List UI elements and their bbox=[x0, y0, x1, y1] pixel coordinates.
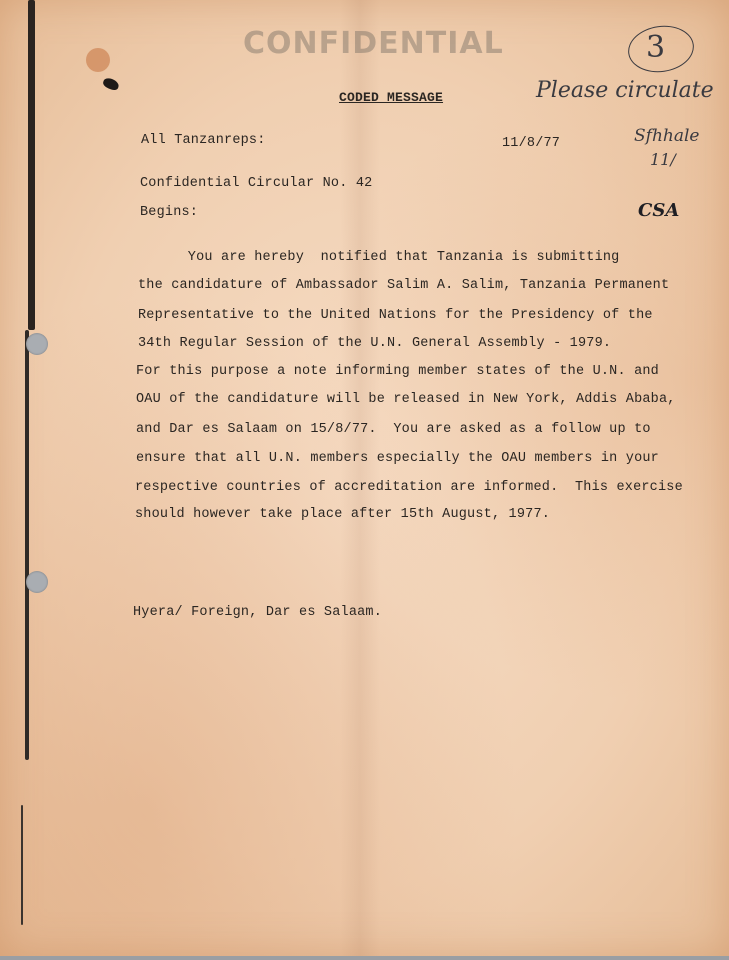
sender-signature: Hyera/ Foreign, Dar es Salaam. bbox=[133, 605, 382, 620]
margin-line bbox=[28, 0, 35, 330]
addressee: All Tanzanreps: bbox=[141, 133, 266, 148]
page-number: 3 bbox=[646, 30, 665, 65]
body-line: Representative to the United Nations for… bbox=[138, 308, 653, 323]
message-heading: CODED MESSAGE bbox=[339, 90, 443, 105]
handwritten-instruction: Please circulate bbox=[536, 78, 714, 103]
handwritten-initials-sub: 11/ bbox=[650, 150, 676, 169]
body-line: For this purpose a note informing member… bbox=[136, 364, 659, 379]
paper-fold bbox=[340, 0, 380, 956]
body-line: should however take place after 15th Aug… bbox=[135, 507, 550, 522]
stain-mark bbox=[86, 48, 110, 72]
body-line: and Dar es Salaam on 15/8/77. You are as… bbox=[136, 422, 651, 437]
message-date: 11/8/77 bbox=[502, 136, 560, 151]
confidential-stamp: CONFIDENTIAL bbox=[243, 26, 504, 61]
body-line: respective countries of accreditation ar… bbox=[135, 480, 683, 495]
body-line: 34th Regular Session of the U.N. General… bbox=[138, 336, 611, 351]
punch-hole-icon bbox=[26, 571, 48, 593]
handwritten-initials: Sfhhale bbox=[634, 126, 699, 146]
margin-line bbox=[21, 805, 23, 925]
body-line: You are hereby notified that Tanzania is… bbox=[138, 250, 619, 265]
document-page: CONFIDENTIAL 3 Please circulate Sfhhale … bbox=[0, 0, 729, 956]
body-line: OAU of the candidature will be released … bbox=[136, 392, 676, 407]
handwritten-initials-csa: CSA bbox=[638, 200, 679, 221]
punch-hole-icon bbox=[26, 333, 48, 355]
body-line: the candidature of Ambassador Salim A. S… bbox=[138, 278, 669, 293]
body-line: ensure that all U.N. members especially … bbox=[136, 451, 659, 466]
begins-label: Begins: bbox=[140, 205, 198, 220]
ink-blot bbox=[102, 77, 120, 92]
margin-line bbox=[25, 330, 29, 760]
circular-number: Confidential Circular No. 42 bbox=[140, 176, 372, 191]
